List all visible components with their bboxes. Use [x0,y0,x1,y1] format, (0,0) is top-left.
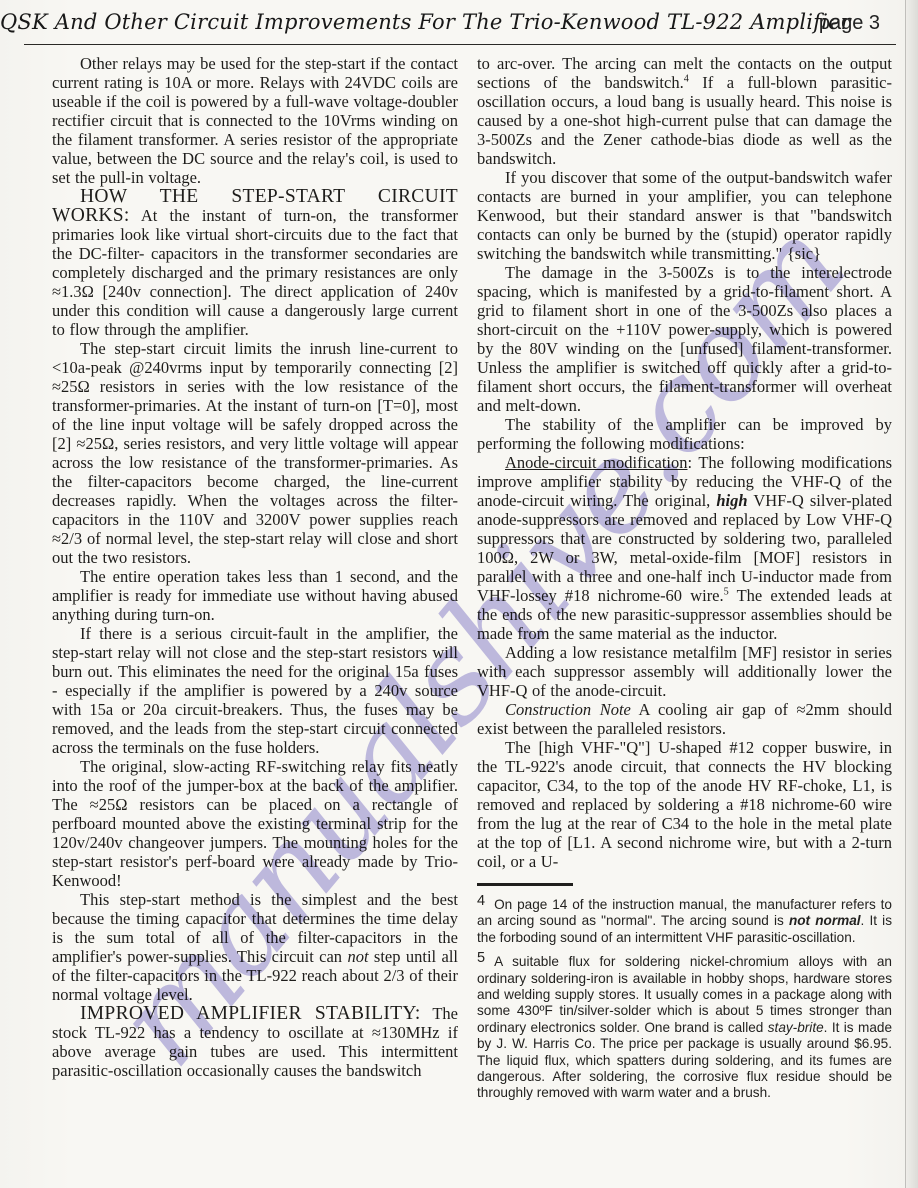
footnote-number: 4 [477,893,494,909]
footnote-paragraph: 5A suitable flux for soldering nickel-ch… [477,950,892,1102]
paragraph: Adding a low resistance metalfilm [MF] r… [477,643,892,700]
paragraph: If there is a serious circuit-fault in t… [52,624,458,757]
text-run: stay-brite [768,1020,824,1035]
right-column-body: to arc-over. The arcing can melt the con… [477,54,892,871]
paragraph: Construction Note A cooling air gap of ≈… [477,700,892,738]
paragraph: The step-start circuit limits the inrush… [52,339,458,567]
footnotes: 4On page 14 of the instruction manual, t… [477,893,892,1102]
section-heading: IMPROVED AMPLIFIER STABILITY: [80,1003,421,1024]
text-run: Anode-circuit modification [505,453,688,472]
paragraph: HOW THE STEP-START CIRCUIT WORKS: At the… [52,187,458,339]
header-divider [24,44,896,45]
paragraph: The entire operation takes less than 1 s… [52,567,458,624]
scanned-document-page: QSK And Other Circuit Improvements For T… [0,0,918,1188]
paragraph: IMPROVED AMPLIFIER STABILITY: The stock … [52,1004,458,1080]
paragraph: If you discover that some of the output-… [477,168,892,263]
text-run: If you discover that some of the output-… [477,168,892,263]
text-run: The damage in the 3-500Zs is to the inte… [477,263,892,415]
paragraph: The original, slow-acting RF-switching r… [52,757,458,890]
scan-page-edge [905,0,918,1188]
text-run: The original, slow-acting RF-switching r… [52,757,458,890]
right-column: to arc-over. The arcing can melt the con… [477,54,892,1106]
footnote-divider [477,883,573,886]
left-column: Other relays may be used for the step-st… [52,54,458,1106]
text-run: not normal [789,913,861,928]
text-run: The [high VHF-"Q"] U-shaped #12 copper b… [477,738,892,871]
text-run: Adding a low resistance metalfilm [MF] r… [477,643,892,700]
text-run: Construction Note [505,700,631,719]
text-run: The step-start circuit limits the inrush… [52,339,458,567]
page-number: page 3 [819,12,880,35]
text-run: The entire operation takes less than 1 s… [52,567,458,624]
text-run: At the instant of turn-on, the transform… [52,206,458,339]
text-run: If there is a serious circuit-fault in t… [52,624,458,757]
text-columns: Other relays may be used for the step-st… [52,54,892,1106]
paragraph: The [high VHF-"Q"] U-shaped #12 copper b… [477,738,892,871]
footnote-number: 5 [477,950,494,966]
paragraph: The stability of the amplifier can be im… [477,415,892,453]
page-header: QSK And Other Circuit Improvements For T… [0,10,906,44]
text-run: not [347,947,368,966]
document-title: QSK And Other Circuit Improvements For T… [0,10,796,34]
paragraph: to arc-over. The arcing can melt the con… [477,54,892,168]
text-run: high [716,491,747,510]
paragraph: The damage in the 3-500Zs is to the inte… [477,263,892,415]
text-run: Other relays may be used for the step-st… [52,54,458,187]
paragraph: Anode-circuit modification: The followin… [477,453,892,643]
text-run: The stability of the amplifier can be im… [477,415,892,453]
footnote-paragraph: 4On page 14 of the instruction manual, t… [477,893,892,946]
paragraph: This step-start method is the simplest a… [52,890,458,1004]
paragraph: Other relays may be used for the step-st… [52,54,458,187]
